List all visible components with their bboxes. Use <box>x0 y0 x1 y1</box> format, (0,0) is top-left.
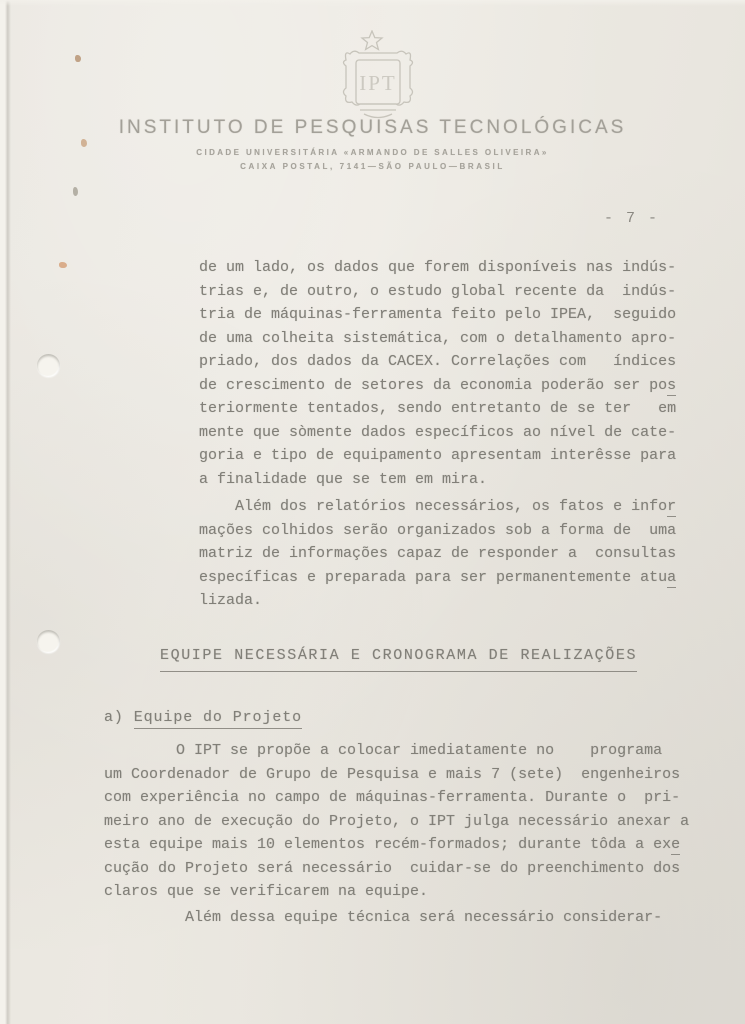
paragraph-information-matrix: Além dos relatórios necessários, os fato… <box>199 495 676 613</box>
org-address-line1: CIDADE UNIVERSITÁRIA «ARMANDO DE SALLES … <box>0 148 745 157</box>
text-line: lizada. <box>199 589 676 613</box>
org-name: INSTITUTO DE PESQUISAS TECNOLÓGICAS <box>0 117 745 139</box>
crest-monogram: IPT <box>359 71 397 95</box>
ipt-crest-logo: IPT <box>330 30 426 122</box>
text-line: com experiência no campo de máquinas-fer… <box>104 786 689 810</box>
subsection-title: a) Equipe do Projeto <box>104 706 302 730</box>
paragraph-project-team: O IPT se propõe a colocar imediatamente … <box>104 739 689 904</box>
text-line: matriz de informações capaz de responder… <box>199 542 676 566</box>
text-line: de um lado, os dados que forem disponíve… <box>199 256 676 280</box>
paragraph-closing-line: Além dessa equipe técnica será necessári… <box>104 906 662 930</box>
text-line: esta equipe mais 10 elementos recém-form… <box>104 833 689 857</box>
text-line: Além dos relatórios necessários, os fato… <box>199 495 676 519</box>
text-line: goria e tipo de equipamento apresentam i… <box>199 444 676 468</box>
section-heading: EQUIPE NECESSÁRIA E CRONOGRAMA DE REALIZ… <box>160 644 637 672</box>
org-address-line2: CAIXA POSTAL, 7141—SÃO PAULO—BRASIL <box>0 162 745 171</box>
staple-mark <box>73 187 78 196</box>
text-line: meiro ano de execução do Projeto, o IPT … <box>104 810 689 834</box>
text-line: mações colhidos serão organizados sob a … <box>199 519 676 543</box>
text-line: mente que sòmente dados específicos ao n… <box>199 421 676 445</box>
staple-mark <box>59 262 67 268</box>
text-line: Além dessa equipe técnica será necessári… <box>104 906 662 930</box>
subsection-prefix: a) <box>104 709 134 726</box>
text-line: de uma colheita sistemática, com o detal… <box>199 327 676 351</box>
scanned-document-page: IPT INSTITUTO DE PESQUISAS TECNOLÓGICAS … <box>0 0 745 1024</box>
text-line: a finalidade que se tem em mira. <box>199 468 676 492</box>
text-line: priado, dos dados da CACEX. Correlações … <box>199 350 676 374</box>
punch-hole-top <box>37 354 60 377</box>
punch-hole-bottom <box>37 630 60 653</box>
text-line: específicas e preparada para ser permane… <box>199 566 676 590</box>
text-line: de crescimento de setores da economia po… <box>199 374 676 398</box>
text-line: tria de máquinas-ferramenta feito pelo I… <box>199 303 676 327</box>
text-line: um Coordenador de Grupo de Pesquisa e ma… <box>104 763 689 787</box>
text-line: cução do Projeto será necessário cuidar-… <box>104 857 689 881</box>
scan-top-edge <box>0 0 745 6</box>
star-icon <box>362 31 382 50</box>
text-line: claros que se verificarem na equipe. <box>104 880 689 904</box>
page-number: - 7 - <box>604 210 659 227</box>
staple-mark <box>75 55 81 62</box>
text-line: trias e, de outro, o estudo global recen… <box>199 280 676 304</box>
paragraph-data-sources: de um lado, os dados que forem disponíve… <box>199 256 676 491</box>
text-line: O IPT se propõe a colocar imediatamente … <box>104 739 689 763</box>
subsection-label: Equipe do Projeto <box>134 709 302 729</box>
text-line: teriormente tentados, sendo entretanto d… <box>199 397 676 421</box>
staple-mark <box>81 139 87 147</box>
